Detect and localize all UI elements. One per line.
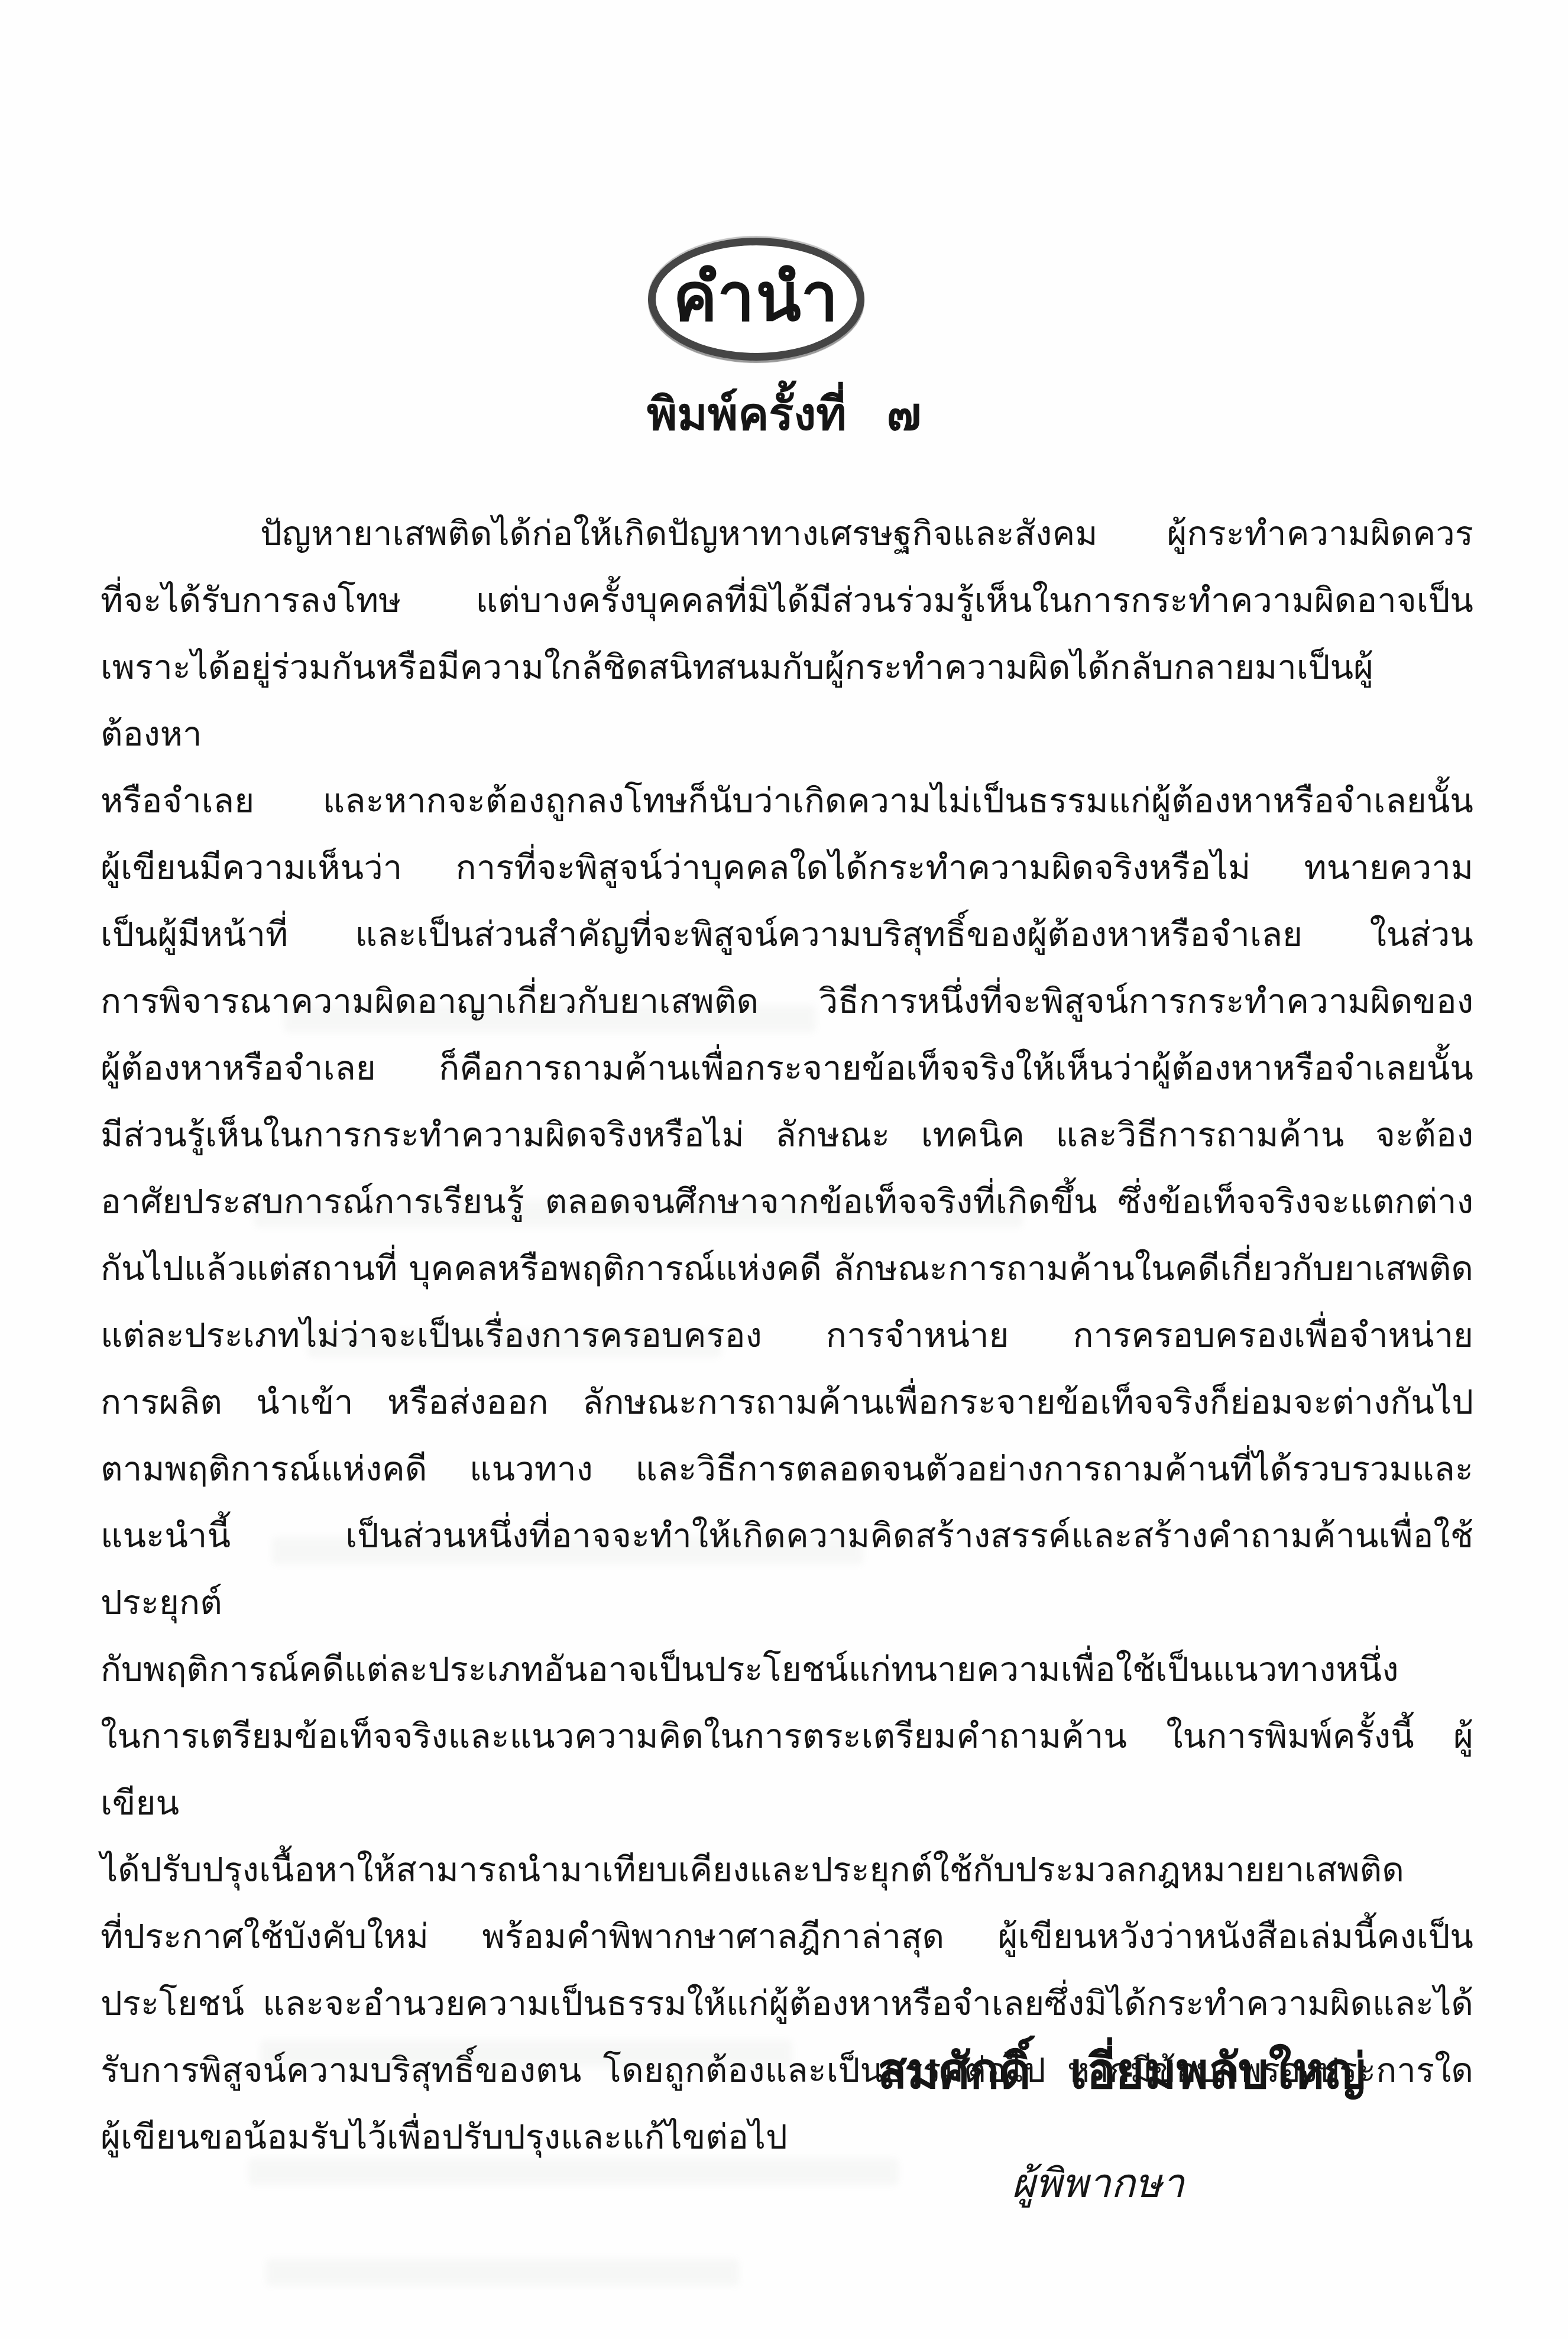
paragraph-line: แนะนำนี้ เป็นส่วนหนึ่งที่อาจจะทำให้เกิดค… [101,1502,1473,1636]
paragraph-line: เพราะได้อยู่ร่วมกันหรือมีความใกล้ชิดสนิท… [101,634,1473,767]
paragraph-line: ตามพฤติการณ์แห่งคดี แนวทาง และวิธีการตลอ… [101,1436,1473,1502]
paragraph-line: ที่ประกาศใช้บังคับใหม่ พร้อมคำพิพากษาศาล… [101,1903,1473,1970]
paragraph-line: ที่จะได้รับการลงโทษ แต่บางครั้งบุคคลที่ม… [101,567,1473,634]
paragraph-line: แต่ละประเภทไม่ว่าจะเป็นเรื่องการครอบครอง… [101,1302,1473,1369]
paragraph-line: อาศัยประสบการณ์การเรียนรู้ ตลอดจนศึกษาจา… [101,1168,1473,1235]
scanned-preface-page: คำนำ พิมพ์ครั้งที่ ๗ ปัญหายาเสพติดได้ก่อ… [0,0,1568,2339]
paragraph-line: ในการเตรียมข้อเท็จจริงและแนวความคิดในการ… [101,1703,1473,1836]
paragraph-line: มีส่วนรู้เห็นในการกระทำความผิดจริงหรือไม… [101,1102,1473,1168]
author-title: ผู้พิพากษา [799,2151,1397,2215]
preface-badge-label: คำนำ [673,244,839,354]
preface-badge: คำนำ [648,238,864,361]
paragraph-line: หรือจำเลย และหากจะต้องถูกลงโทษก็นับว่าเก… [101,767,1473,834]
paragraph-line: กับพฤติการณ์คดีแต่ละประเภทอันอาจเป็นประโ… [101,1636,1473,1703]
signature-block: สมศักดิ์ เอี่ยมพลับใหญ่ ผู้พิพากษา [823,2033,1420,2215]
paragraph-line: ประโยชน์ และจะอำนวยความเป็นธรรมให้แก่ผู้… [101,1970,1473,2037]
paragraph-line: ผู้ต้องหาหรือจำเลย ก็คือการถามค้านเพื่อก… [101,1035,1473,1102]
author-name: สมศักดิ์ เอี่ยมพลับใหญ่ [823,2033,1420,2110]
printing-edition-subtitle: พิมพ์ครั้งที่ ๗ [0,377,1568,451]
paragraph-line: กันไปแล้วแต่สถานที่ บุคคลหรือพฤติการณ์แห… [101,1235,1473,1302]
paragraph-line: ปัญหายาเสพติดได้ก่อให้เกิดปัญหาทางเศรษฐก… [101,500,1473,567]
paragraph-line: ได้ปรับปรุงเนื้อหาให้สามารถนำมาเทียบเคีย… [101,1836,1473,1903]
paragraph-line: การพิจารณาความผิดอาญาเกี่ยวกับยาเสพติด ว… [101,968,1473,1035]
scan-showthrough [266,2259,739,2286]
paragraph-line: เป็นผู้มีหน้าที่ และเป็นส่วนสำคัญที่จะพิ… [101,901,1473,968]
paragraph-line: ผู้เขียนมีความเห็นว่า การที่จะพิสูจน์ว่า… [101,834,1473,901]
paragraph-line: การผลิต นำเข้า หรือส่งออก ลักษณะการถามค้… [101,1369,1473,1436]
preface-paragraph: ปัญหายาเสพติดได้ก่อให้เกิดปัญหาทางเศรษฐก… [101,500,1473,2170]
